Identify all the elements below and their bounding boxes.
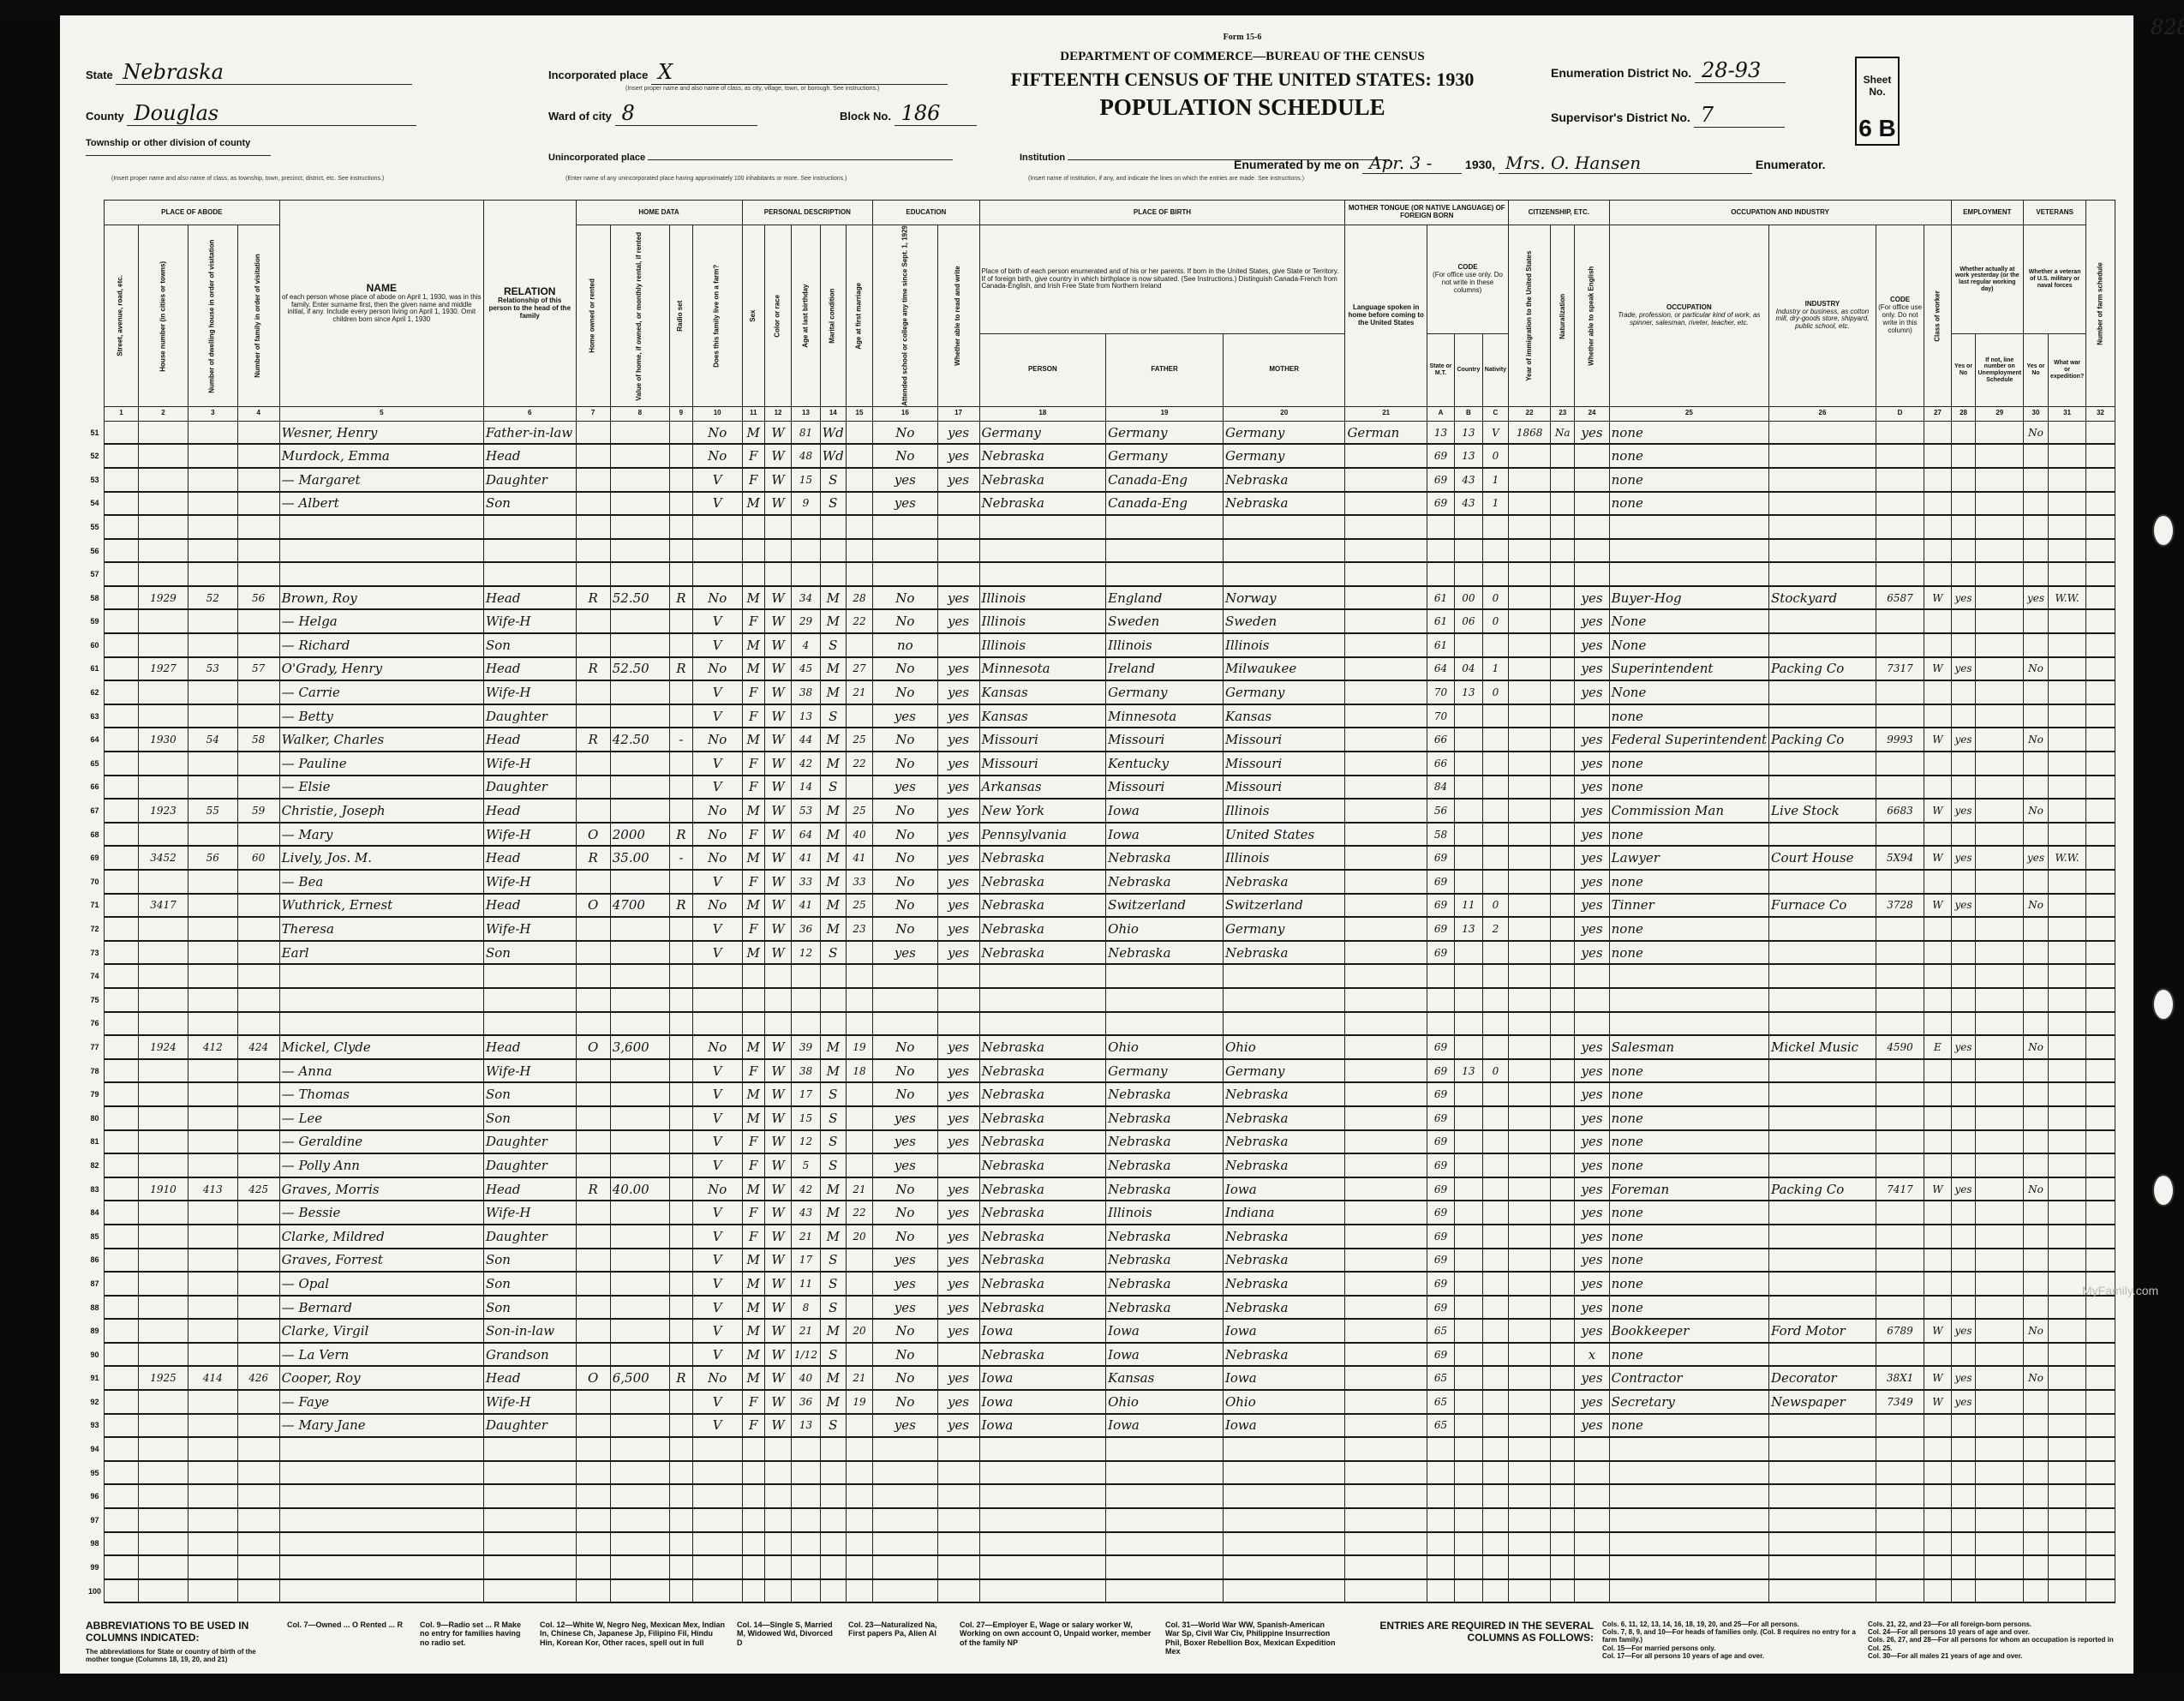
cell-vet	[2024, 539, 2049, 563]
cell-code-b: 13	[1455, 421, 1483, 444]
line-number: 52	[86, 444, 104, 468]
cell-work	[1951, 1484, 1976, 1508]
cell-name: — Anna	[279, 1059, 483, 1083]
cell-vet: No	[2024, 1319, 2049, 1343]
cell-read	[937, 633, 979, 657]
cell-language	[1345, 917, 1427, 941]
cell-school: No	[873, 823, 937, 847]
cell-birth	[979, 1437, 1106, 1461]
cell-value	[610, 1201, 669, 1225]
cell-occupation: none	[1609, 941, 1768, 965]
cell-class	[1924, 988, 1951, 1012]
cell-house	[139, 492, 188, 516]
cell-dwelling	[188, 468, 237, 492]
cell-dwelling	[188, 1579, 237, 1603]
cell-english	[1575, 539, 1609, 563]
cell-relation: Son	[483, 492, 576, 516]
cell-farm: No	[692, 421, 742, 444]
cell-war	[2048, 1319, 2085, 1343]
cell-farm-sched	[2086, 728, 2115, 752]
cell-english: yes	[1575, 1272, 1609, 1296]
cell-work	[1951, 562, 1976, 586]
cell-unemp	[1976, 1532, 2024, 1556]
cell-family	[237, 917, 279, 941]
table-row: 59— HelgaWife-HVFW29M22NoyesIllinoisSwed…	[86, 609, 2133, 633]
cell-relation	[483, 1437, 576, 1461]
cell-birth: Nebraska	[979, 941, 1106, 965]
cell-code-c	[1482, 1106, 1508, 1130]
column-number: D	[1876, 406, 1924, 421]
cell-farm-sched	[2086, 1177, 2115, 1201]
census-sheet: State Nebraska County Douglas Township o…	[60, 15, 2133, 1674]
cell-family: 59	[237, 799, 279, 823]
cell-race	[764, 964, 791, 988]
cell-value	[610, 964, 669, 988]
cell-father	[1106, 1579, 1224, 1603]
cell-immig	[1509, 1555, 1551, 1579]
cell-english: yes	[1575, 728, 1609, 752]
header-unemployment-line: If not, line number on Unemployment Sche…	[1976, 334, 2024, 407]
cell-race	[764, 1484, 791, 1508]
state-field: State Nebraska	[86, 60, 412, 85]
cell-code-a	[1427, 562, 1454, 586]
cell-age: 64	[792, 823, 821, 847]
cell-street	[104, 468, 138, 492]
cell-dwelling	[188, 1130, 237, 1154]
cell-industry: Packing Co	[1769, 1177, 1876, 1201]
cell-english	[1575, 444, 1609, 468]
table-row: 55	[86, 515, 2133, 539]
cell-value	[610, 1153, 669, 1177]
cell-birth	[979, 1508, 1106, 1532]
cell-owned	[576, 704, 610, 728]
cell-school: No	[873, 1225, 937, 1249]
cell-farm-sched	[2086, 1082, 2115, 1106]
cell-age: 17	[792, 1082, 821, 1106]
cell-code-c	[1482, 633, 1508, 657]
cell-english: yes	[1575, 680, 1609, 704]
cell-read	[937, 988, 979, 1012]
cell-age: 17	[792, 1249, 821, 1273]
population-table: PLACE OF ABODE NAMEof each person whose …	[86, 200, 2133, 1603]
cell-school: yes	[873, 1130, 937, 1154]
cell-class	[1924, 492, 1951, 516]
cell-code-d	[1876, 870, 1924, 894]
cell-language	[1345, 1390, 1427, 1414]
cell-age-married: 21	[846, 1177, 872, 1201]
cell-birth	[979, 539, 1106, 563]
cell-work	[1951, 515, 1976, 539]
cell-marital: Wd	[820, 421, 846, 444]
cell-code-d	[1876, 468, 1924, 492]
cell-race: W	[764, 1272, 791, 1296]
cell-class	[1924, 1059, 1951, 1083]
cell-code-d	[1876, 444, 1924, 468]
cell-age: 38	[792, 680, 821, 704]
cell-street	[104, 444, 138, 468]
cell-value	[610, 1225, 669, 1249]
cell-father: Nebraska	[1106, 1225, 1224, 1249]
cell-code-c	[1482, 1532, 1508, 1556]
cell-war: W.W.	[2048, 586, 2085, 610]
cell-code-b	[1455, 539, 1483, 563]
cell-street	[104, 1082, 138, 1106]
cell-marital: M	[820, 846, 846, 870]
cell-industry	[1769, 1106, 1876, 1130]
cell-radio	[669, 1177, 692, 1201]
cell-radio	[669, 539, 692, 563]
cell-street	[104, 515, 138, 539]
cell-dwelling	[188, 1414, 237, 1438]
cell-farm: V	[692, 1201, 742, 1225]
cell-age-married: 19	[846, 1390, 872, 1414]
abbrev-col14: Col. 14—Single S, Married M, Widowed Wd,…	[737, 1620, 840, 1647]
cell-dwelling	[188, 1249, 237, 1273]
cell-unemp	[1976, 1225, 2024, 1249]
cell-industry: Packing Co	[1769, 728, 1876, 752]
cell-vet: No	[2024, 799, 2049, 823]
cell-name: — Bernard	[279, 1296, 483, 1320]
cell-relation: Daughter	[483, 1130, 576, 1154]
cell-street	[104, 492, 138, 516]
cell-occupation	[1609, 1437, 1768, 1461]
cell-vet	[2024, 609, 2049, 633]
cell-farm: V	[692, 680, 742, 704]
cell-immig	[1509, 1484, 1551, 1508]
cell-code-b	[1455, 704, 1483, 728]
cell-class: W	[1924, 1390, 1951, 1414]
cell-vet: yes	[2024, 586, 2049, 610]
cell-sex: M	[742, 633, 764, 657]
cell-code-b: 13	[1455, 680, 1483, 704]
cell-english: yes	[1575, 633, 1609, 657]
cell-code-a: 69	[1427, 917, 1454, 941]
cell-family	[237, 492, 279, 516]
cell-language	[1345, 1579, 1427, 1603]
table-row: 66— ElsieDaughterVFW14SyesyesArkansasMis…	[86, 776, 2133, 800]
cell-immig	[1509, 1319, 1551, 1343]
cell-work	[1951, 680, 1976, 704]
column-number: 7	[576, 406, 610, 421]
cell-mother: Iowa	[1223, 1366, 1344, 1390]
cell-age-married	[846, 1153, 872, 1177]
cell-work	[1951, 421, 1976, 444]
cell-language	[1345, 1201, 1427, 1225]
cell-dwelling: 55	[188, 799, 237, 823]
cell-immig	[1509, 680, 1551, 704]
cell-race: W	[764, 752, 791, 776]
cell-code-d	[1876, 917, 1924, 941]
cell-english: yes	[1575, 1177, 1609, 1201]
cell-class	[1924, 1508, 1951, 1532]
cell-war	[2048, 1555, 2085, 1579]
cell-vet: No	[2024, 1177, 2049, 1201]
cell-name	[279, 988, 483, 1012]
column-number: 12	[764, 406, 791, 421]
cell-code-d	[1876, 752, 1924, 776]
cell-language	[1345, 1366, 1427, 1390]
cell-farm-sched	[2086, 988, 2115, 1012]
cell-unemp	[1976, 752, 2024, 776]
cell-war	[2048, 1484, 2085, 1508]
cell-language	[1345, 1225, 1427, 1249]
cell-immig	[1509, 1059, 1551, 1083]
cell-industry	[1769, 515, 1876, 539]
cell-race: W	[764, 492, 791, 516]
cell-birth: Iowa	[979, 1390, 1106, 1414]
cell-read: yes	[937, 728, 979, 752]
cell-school	[873, 1555, 937, 1579]
cell-name: Graves, Forrest	[279, 1249, 483, 1273]
cell-work: yes	[1951, 728, 1976, 752]
cell-marital: M	[820, 586, 846, 610]
cell-radio	[669, 1319, 692, 1343]
cell-sex	[742, 515, 764, 539]
cell-class	[1924, 515, 1951, 539]
cell-industry	[1769, 1461, 1876, 1485]
cell-natur	[1551, 1579, 1575, 1603]
cell-farm	[692, 1532, 742, 1556]
cell-english: yes	[1575, 1249, 1609, 1273]
cell-marital	[820, 515, 846, 539]
cell-mother	[1223, 1555, 1344, 1579]
cell-dwelling: 56	[188, 846, 237, 870]
cell-code-b	[1455, 752, 1483, 776]
cell-code-b: 11	[1455, 894, 1483, 918]
schedule-title: POPULATION SCHEDULE	[951, 94, 1534, 121]
cell-war	[2048, 444, 2085, 468]
cell-mother: Iowa	[1223, 1319, 1344, 1343]
cell-radio	[669, 562, 692, 586]
cell-natur	[1551, 894, 1575, 918]
cell-immig	[1509, 964, 1551, 988]
cell-house	[139, 1461, 188, 1485]
cell-relation: Wife-H	[483, 680, 576, 704]
cell-mother: Kansas	[1223, 704, 1344, 728]
cell-class	[1924, 1579, 1951, 1603]
cell-race: W	[764, 1177, 791, 1201]
cell-sex: F	[742, 823, 764, 847]
cell-value	[610, 562, 669, 586]
cell-dwelling	[188, 1508, 237, 1532]
cell-natur	[1551, 1532, 1575, 1556]
cell-radio	[669, 1414, 692, 1438]
cell-read: yes	[937, 1130, 979, 1154]
column-number: 3	[188, 406, 237, 421]
cell-owned: R	[576, 1177, 610, 1201]
cell-radio: R	[669, 894, 692, 918]
group-employment: EMPLOYMENT	[1951, 201, 2023, 225]
cell-age-married: 25	[846, 894, 872, 918]
cell-language	[1345, 823, 1427, 847]
cell-marital: S	[820, 776, 846, 800]
cell-english: yes	[1575, 846, 1609, 870]
cell-code-a: 65	[1427, 1366, 1454, 1390]
cell-code-a: 84	[1427, 776, 1454, 800]
cell-farm: No	[692, 799, 742, 823]
cell-family	[237, 752, 279, 776]
cell-relation: Son	[483, 1249, 576, 1273]
column-number: 30	[2024, 406, 2049, 421]
cell-race	[764, 539, 791, 563]
column-number: 25	[1609, 406, 1768, 421]
cell-occupation: none	[1609, 1130, 1768, 1154]
line-number: 54	[86, 492, 104, 516]
cell-birth: Nebraska	[979, 1201, 1106, 1225]
cell-english	[1575, 492, 1609, 516]
column-number: 10	[692, 406, 742, 421]
cell-unemp	[1976, 1249, 2024, 1273]
cell-family: 424	[237, 1035, 279, 1059]
cell-english: yes	[1575, 917, 1609, 941]
cell-war	[2048, 894, 2085, 918]
cell-code-b	[1455, 1366, 1483, 1390]
cell-age	[792, 562, 821, 586]
cell-marital	[820, 562, 846, 586]
cell-natur	[1551, 539, 1575, 563]
cell-radio	[669, 752, 692, 776]
cell-farm-sched	[2086, 776, 2115, 800]
cell-immig	[1509, 1296, 1551, 1320]
cell-farm-sched	[2086, 1579, 2115, 1603]
column-number: 16	[873, 406, 937, 421]
cell-english: yes	[1575, 1153, 1609, 1177]
cell-value	[610, 1390, 669, 1414]
cell-industry	[1769, 633, 1876, 657]
cell-vet	[2024, 1012, 2049, 1036]
cell-birth: Nebraska	[979, 917, 1106, 941]
cell-radio	[669, 1508, 692, 1532]
cell-code-a	[1427, 1579, 1454, 1603]
cell-vet: No	[2024, 1366, 2049, 1390]
cell-radio	[669, 1437, 692, 1461]
cell-name: — La Vern	[279, 1343, 483, 1367]
cell-value	[610, 1555, 669, 1579]
cell-value	[610, 1130, 669, 1154]
cell-war	[2048, 1201, 2085, 1225]
incorporated-place-field: Incorporated place X	[548, 60, 948, 85]
cell-immig	[1509, 468, 1551, 492]
cell-work: yes	[1951, 799, 1976, 823]
cell-unemp	[1976, 444, 2024, 468]
unincorporated-note: (Enter name of any unincorporated place …	[565, 176, 847, 182]
cell-race: W	[764, 468, 791, 492]
cell-code-c	[1482, 1414, 1508, 1438]
cell-house	[139, 941, 188, 965]
cell-code-b: 04	[1455, 657, 1483, 681]
cell-language	[1345, 752, 1427, 776]
cell-birth: Nebraska	[979, 1082, 1106, 1106]
cell-house	[139, 1414, 188, 1438]
cell-birth: Nebraska	[979, 1343, 1106, 1367]
cell-code-a: 69	[1427, 1272, 1454, 1296]
line-number: 95	[86, 1461, 104, 1485]
cell-owned: R	[576, 846, 610, 870]
table-row: 81— GeraldineDaughterVFW12SyesyesNebrask…	[86, 1130, 2133, 1154]
cell-industry	[1769, 1012, 1876, 1036]
cell-age: 48	[792, 444, 821, 468]
cell-war	[2048, 1579, 2085, 1603]
cell-immig	[1509, 1082, 1551, 1106]
cell-race	[764, 1012, 791, 1036]
cell-name: Mickel, Clyde	[279, 1035, 483, 1059]
cell-owned	[576, 1579, 610, 1603]
cell-street	[104, 1461, 138, 1485]
cell-name: — Richard	[279, 633, 483, 657]
header-speak-english: Whether able to speak English	[1575, 225, 1609, 407]
cell-industry	[1769, 964, 1876, 988]
line-number: 91	[86, 1366, 104, 1390]
cell-farm: No	[692, 657, 742, 681]
cell-mother: Nebraska	[1223, 1343, 1344, 1367]
cell-race	[764, 515, 791, 539]
cell-family	[237, 1461, 279, 1485]
column-number: 9	[669, 406, 692, 421]
cell-farm: V	[692, 1343, 742, 1367]
cell-read: yes	[937, 1366, 979, 1390]
header-language: Language spoken in home before coming to…	[1345, 225, 1427, 407]
header-marital: Marital condition	[820, 225, 846, 407]
cell-age-married: 41	[846, 846, 872, 870]
cell-war: W.W.	[2048, 846, 2085, 870]
cell-age: 53	[792, 799, 821, 823]
cell-father	[1106, 1555, 1224, 1579]
cell-father: Nebraska	[1106, 1272, 1224, 1296]
cell-relation	[483, 562, 576, 586]
cell-father: Kentucky	[1106, 752, 1224, 776]
cell-code-b	[1455, 870, 1483, 894]
cell-relation	[483, 1532, 576, 1556]
cell-mother	[1223, 1508, 1344, 1532]
cell-read	[937, 1532, 979, 1556]
cell-occupation: none	[1609, 1106, 1768, 1130]
cell-natur	[1551, 1035, 1575, 1059]
cell-farm: V	[692, 1414, 742, 1438]
cell-dwelling	[188, 988, 237, 1012]
cell-dwelling	[188, 1461, 237, 1485]
cell-school: yes	[873, 468, 937, 492]
scan-border-bottom	[0, 1671, 2184, 1701]
cell-school	[873, 988, 937, 1012]
cell-natur	[1551, 1130, 1575, 1154]
cell-name: Brown, Roy	[279, 586, 483, 610]
cell-war	[2048, 1390, 2085, 1414]
cell-work	[1951, 776, 1976, 800]
cell-natur	[1551, 1343, 1575, 1367]
cell-father: Sweden	[1106, 609, 1224, 633]
cell-mother	[1223, 1437, 1344, 1461]
cell-house: 1923	[139, 799, 188, 823]
cell-code-c	[1482, 823, 1508, 847]
cell-house: 3452	[139, 846, 188, 870]
cell-dwelling	[188, 1437, 237, 1461]
cell-dwelling	[188, 704, 237, 728]
cell-immig	[1509, 704, 1551, 728]
cell-birth: Nebraska	[979, 894, 1106, 918]
cell-english	[1575, 1555, 1609, 1579]
cell-code-a	[1427, 1012, 1454, 1036]
cell-birth: Missouri	[979, 728, 1106, 752]
cell-code-d	[1876, 492, 1924, 516]
header-relation: RELATIONRelationship of this person to t…	[483, 201, 576, 407]
cell-farm-sched	[2086, 870, 2115, 894]
cell-industry	[1769, 539, 1876, 563]
cell-war	[2048, 609, 2085, 633]
table-row: 82— Polly AnnDaughterVFW5SyesNebraskaNeb…	[86, 1153, 2133, 1177]
cell-name: — Thomas	[279, 1082, 483, 1106]
cell-birth: Nebraska	[979, 1225, 1106, 1249]
cell-father: Missouri	[1106, 728, 1224, 752]
